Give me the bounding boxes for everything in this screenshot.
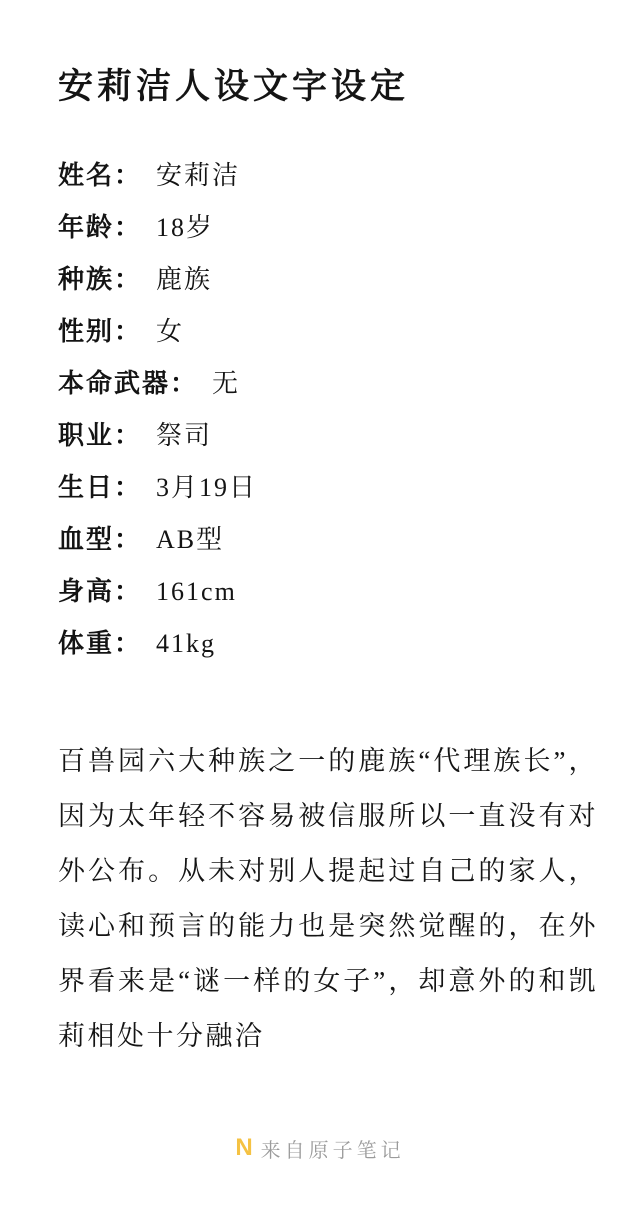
field-row-race: 种族：鹿族 bbox=[58, 254, 590, 306]
note-page: 安莉洁人设文字设定 姓名：安莉洁 年龄：18岁 种族：鹿族 性别：女 本命武器：… bbox=[0, 0, 640, 1207]
field-label: 身高 bbox=[58, 577, 114, 606]
field-row-bloodtype: 血型：AB型 bbox=[58, 514, 590, 566]
field-value: 18岁 bbox=[156, 213, 214, 242]
field-value: 161cm bbox=[156, 577, 237, 606]
field-label: 生日 bbox=[58, 473, 114, 502]
field-colon: ： bbox=[114, 213, 142, 242]
field-value: 无 bbox=[212, 369, 240, 398]
character-description: 百兽园六大种族之一的鹿族“代理族长”，因为太年轻不容易被信服所以一直没有对外公布… bbox=[58, 734, 598, 1064]
field-value: 鹿族 bbox=[156, 265, 212, 294]
field-colon: ： bbox=[170, 369, 198, 398]
field-row-height: 身高：161cm bbox=[58, 566, 590, 618]
field-colon: ： bbox=[114, 161, 142, 190]
footer-source-text: 来自原子笔记 bbox=[261, 1134, 405, 1163]
field-row-weight: 体重：41kg bbox=[58, 618, 590, 670]
field-row-occupation: 职业：祭司 bbox=[58, 410, 590, 462]
field-colon: ： bbox=[114, 525, 142, 554]
field-colon: ： bbox=[114, 317, 142, 346]
atomic-notes-logo-icon: N bbox=[235, 1136, 252, 1160]
page-title: 安莉洁人设文字设定 bbox=[58, 66, 590, 108]
field-label: 年龄 bbox=[58, 213, 114, 242]
field-value: AB型 bbox=[156, 525, 224, 554]
field-row-name: 姓名：安莉洁 bbox=[58, 150, 590, 202]
field-label: 职业 bbox=[58, 421, 114, 450]
field-row-weapon: 本命武器：无 bbox=[58, 358, 590, 410]
field-colon: ： bbox=[114, 473, 142, 502]
field-colon: ： bbox=[114, 265, 142, 294]
field-label: 血型 bbox=[58, 525, 114, 554]
field-value: 41kg bbox=[156, 629, 216, 658]
field-label: 本命武器 bbox=[58, 369, 170, 398]
field-colon: ： bbox=[114, 577, 142, 606]
field-row-age: 年龄：18岁 bbox=[58, 202, 590, 254]
footer-watermark: N 来自原子笔记 bbox=[0, 1128, 640, 1168]
field-value: 安莉洁 bbox=[156, 161, 240, 190]
field-row-birthday: 生日：3月19日 bbox=[58, 462, 590, 514]
field-value: 3月19日 bbox=[156, 473, 257, 502]
field-row-gender: 性别：女 bbox=[58, 306, 590, 358]
field-label: 种族 bbox=[58, 265, 114, 294]
field-value: 祭司 bbox=[156, 421, 212, 450]
field-colon: ： bbox=[114, 629, 142, 658]
field-label: 体重 bbox=[58, 629, 114, 658]
field-label: 性别 bbox=[58, 317, 114, 346]
field-value: 女 bbox=[156, 317, 184, 346]
field-colon: ： bbox=[114, 421, 142, 450]
field-label: 姓名 bbox=[58, 161, 114, 190]
profile-field-list: 姓名：安莉洁 年龄：18岁 种族：鹿族 性别：女 本命武器：无 职业：祭司 生日… bbox=[58, 150, 590, 670]
